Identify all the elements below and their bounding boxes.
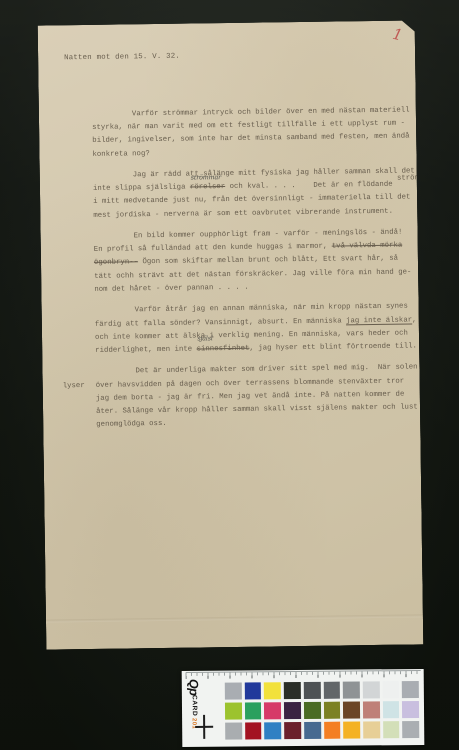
- color-patch: [323, 702, 340, 719]
- color-patch: [304, 702, 321, 719]
- color-patch: [383, 721, 400, 738]
- paragraph: Varför åtrår jag en annan människa, när …: [95, 301, 418, 358]
- manuscript-page: 1 Natten mot den 15. V. 32. Varför ström…: [38, 20, 424, 649]
- handwritten-insertion: själsl: [197, 332, 212, 345]
- paper-crease: [46, 614, 423, 622]
- typed-text: konkreta nog?: [92, 150, 149, 159]
- typed-text: Jag är rädd att sålänge mitt fysiska jag…: [133, 167, 415, 179]
- typed-text: åter. Sålänge vår kropp håller samman sk…: [96, 403, 418, 415]
- typed-text: genomglödga oss.: [96, 420, 167, 429]
- margin-word: lyser: [63, 380, 85, 394]
- color-patch: [304, 682, 321, 699]
- handwritten-page-number: 1: [391, 25, 404, 45]
- color-patch: [323, 682, 340, 699]
- color-patch: [304, 722, 321, 739]
- paragraph: Jag är rädd att sålänge mitt fysiska jag…: [93, 165, 416, 222]
- color-patch: [343, 682, 360, 699]
- color-patch: [245, 722, 262, 739]
- typed-text: i mitt medvetande just nu, från det över…: [93, 194, 410, 206]
- struck-text: ögonbryn--: [94, 259, 138, 268]
- struck-word: sinnesfinhet: [197, 345, 250, 354]
- qpcard-color-reference: Qp CARD 201: [182, 669, 425, 747]
- color-patch: [225, 722, 242, 739]
- color-patch: [264, 702, 281, 719]
- color-patch: [225, 683, 242, 700]
- typed-text: mest jordiska - nerverna är som ett oavb…: [93, 207, 393, 219]
- typed-text: ridderlighet, men inte: [95, 345, 196, 354]
- typed-text: En profil så fulländad att den kunde hug…: [94, 243, 332, 254]
- qpcard-logo-qp: Qp: [187, 679, 200, 695]
- raised-insertion: ström: [397, 173, 419, 187]
- typed-text: tätt ochh strävt att det nästan förskräc…: [94, 268, 411, 280]
- typed-text: , jag hyser ett blint förtroende till.: [249, 342, 417, 352]
- typed-text: jag dem borta - jag är fri. Men jag vet …: [96, 390, 405, 402]
- typed-text: ,: [412, 316, 417, 324]
- typed-text: och kval. . . . Det är en flödande: [225, 181, 397, 191]
- paragraph: Det är underliga makter som driver sitt …: [95, 362, 418, 432]
- color-patch: [363, 701, 380, 718]
- registration-cross-icon: [193, 715, 215, 739]
- typed-text: En bild kommer oupphörligt fram - varför…: [134, 229, 403, 241]
- color-patch: [402, 681, 419, 698]
- color-patch: [284, 702, 301, 719]
- typed-text: över havsvidden på dagen och över terras…: [96, 377, 405, 389]
- corrected-word: sinnesfinhetsjälsl: [197, 345, 250, 354]
- ruler-scale: [186, 670, 421, 680]
- color-patch: [343, 701, 360, 718]
- qpcard-logo-card: CARD: [190, 695, 197, 717]
- typed-text: Varför åtrår jag en annan människa, när …: [135, 303, 408, 315]
- color-patch: [343, 721, 360, 738]
- color-patch: [383, 701, 400, 718]
- typed-text: Det är underliga makter som driver sitt …: [135, 364, 417, 376]
- color-patch: [324, 721, 341, 738]
- typed-text: bilder, ingivelser, som inte har det min…: [92, 133, 409, 145]
- typed-text: Varför strömmar intryck och bilder över …: [132, 106, 410, 118]
- color-patch: [402, 721, 419, 738]
- color-patch: [245, 702, 262, 719]
- typed-text: styrka, när man varit med om ett festlig…: [92, 120, 405, 132]
- color-patch: [382, 681, 399, 698]
- handwritten-insertion: strömmar: [191, 171, 221, 185]
- corrected-word: rörelserströmmar: [190, 183, 225, 191]
- color-patch: [363, 721, 380, 738]
- color-patch: [225, 702, 242, 719]
- color-patch: [265, 722, 282, 739]
- struck-text: två välvda mörka: [332, 242, 403, 251]
- typed-text: färdig att falla sönder? Vansinnigt, abs…: [95, 317, 346, 329]
- color-patch: [284, 682, 301, 699]
- color-patch: [363, 681, 380, 698]
- struck-word: rörelser: [190, 183, 225, 191]
- color-patch-grid: [225, 681, 422, 741]
- date-header: Natten mot den 15. V. 32.: [64, 53, 180, 63]
- typed-text: inte slippa själsliga: [93, 184, 190, 193]
- typed-text: nom det håret - över pannan . . . .: [94, 284, 248, 294]
- underlined-text: jag inte älskar: [346, 316, 412, 325]
- typed-text: Ögon som skiftar mellan brunt och blått,…: [138, 255, 398, 267]
- color-patch: [284, 722, 301, 739]
- color-patch: [264, 682, 281, 699]
- color-patch: [402, 701, 419, 718]
- typed-body: Varför strömmar intryck och bilder över …: [92, 104, 418, 432]
- typed-text: och inte kommer att älska i verklig meni…: [95, 329, 408, 341]
- color-patch: [244, 682, 261, 699]
- paragraph: Varför strömmar intryck och bilder över …: [92, 104, 415, 161]
- paragraph: En bild kommer oupphörligt fram - varför…: [94, 227, 417, 297]
